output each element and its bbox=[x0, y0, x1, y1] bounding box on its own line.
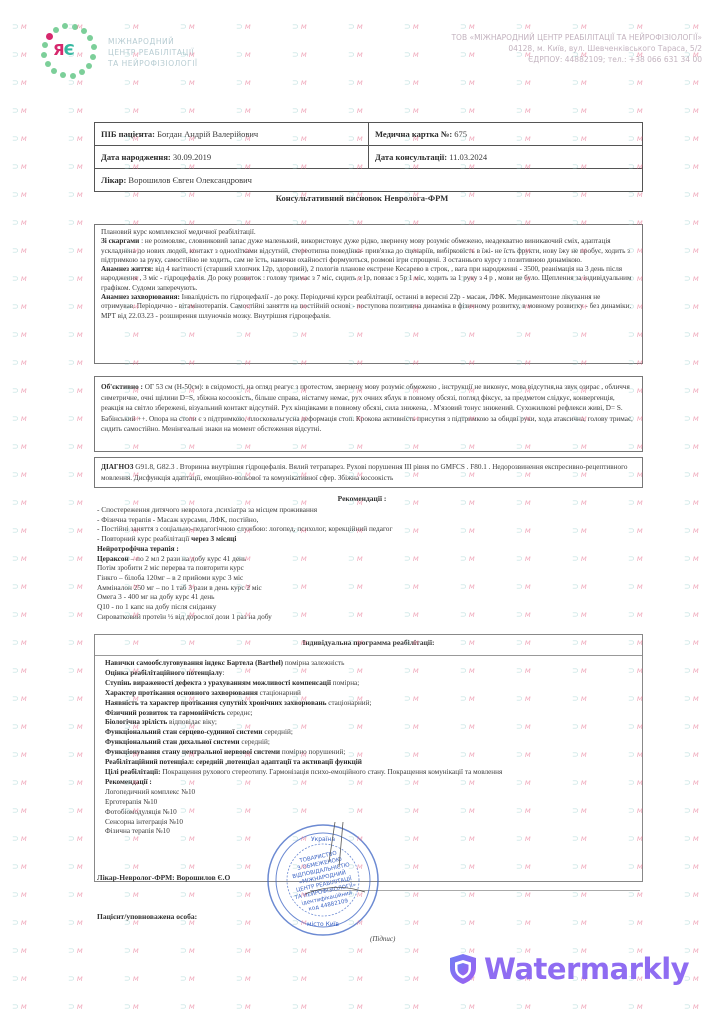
org-name-line: ТА НЕЙРОФІЗІОЛОГІЇ bbox=[108, 58, 198, 69]
program-row: Функціональний стан дихальної системи се… bbox=[105, 738, 632, 748]
org-requisites: ЄДРПОУ: 44882109; тел.: +38 066 631 34 0… bbox=[451, 54, 702, 65]
program-session: Ерготерапія №10 bbox=[105, 798, 632, 808]
therapy-line: Потім зробити 2 міс перерва та повторити… bbox=[97, 563, 392, 573]
watermark-mark: ⊃ᴍ bbox=[124, 890, 139, 899]
disease-anamnesis-label: Анамнез захворювання: bbox=[101, 293, 180, 301]
watermark-mark: ⊃ᴍ bbox=[180, 22, 195, 31]
watermark-mark: ⊃ᴍ bbox=[572, 582, 587, 591]
watermark-mark: ⊃ᴍ bbox=[180, 1002, 195, 1011]
watermark-mark: ⊃ᴍ bbox=[684, 722, 699, 731]
watermark-mark: ⊃ᴍ bbox=[236, 106, 251, 115]
logo-dot bbox=[86, 63, 92, 69]
logo-dot bbox=[51, 68, 57, 74]
org-details: ТОВ «МІЖНАРОДНИЙ ЦЕНТР РЕАБІЛІТАЦІЇ ТА Н… bbox=[451, 32, 702, 65]
watermark-mark: ⊃ᴍ bbox=[572, 78, 587, 87]
logo-dot bbox=[41, 52, 47, 58]
watermark-mark: ⊃ᴍ bbox=[180, 890, 195, 899]
watermark-mark: ⊃ᴍ bbox=[348, 946, 363, 955]
watermark-mark: ⊃ᴍ bbox=[68, 862, 83, 871]
diagnosis-label: ДІАГНОЗ bbox=[101, 463, 133, 471]
watermark-mark: ⊃ᴍ bbox=[684, 582, 699, 591]
watermark-mark: ⊃ᴍ bbox=[684, 778, 699, 787]
watermark-mark: ⊃ᴍ bbox=[460, 106, 475, 115]
watermark-mark: ⊃ᴍ bbox=[404, 918, 419, 927]
watermark-mark: ⊃ᴍ bbox=[684, 890, 699, 899]
program-row-label: Цілі реабілітації: bbox=[105, 768, 161, 776]
watermark-mark: ⊃ᴍ bbox=[516, 582, 531, 591]
watermark-mark: ⊃ᴍ bbox=[12, 918, 27, 927]
complaints: Зі скаргами : не розмовляє, словниковий … bbox=[101, 237, 636, 265]
recommendation-item: - Постійні заняття з соціально-педагогіч… bbox=[97, 524, 392, 534]
program-row: Функціональний стан серцево-судинної сис… bbox=[105, 728, 632, 738]
watermark-mark: ⊃ᴍ bbox=[12, 106, 27, 115]
watermark-mark: ⊃ᴍ bbox=[684, 806, 699, 815]
program-row: Рекомендації : bbox=[105, 778, 632, 788]
program-row-value: стаціонарний; bbox=[326, 699, 371, 707]
program-row-label: Характер протікання основного захворюван… bbox=[105, 689, 258, 697]
watermark-mark: ⊃ᴍ bbox=[684, 666, 699, 675]
program-row-value: середній; bbox=[240, 738, 270, 746]
recommendation-item: - Фізична терапія - Масаж курсами, ЛФК, … bbox=[97, 515, 392, 525]
watermark-mark: ⊃ᴍ bbox=[236, 22, 251, 31]
watermark-mark: ⊃ᴍ bbox=[684, 302, 699, 311]
watermark-mark: ⊃ᴍ bbox=[516, 610, 531, 619]
watermark-mark: ⊃ᴍ bbox=[12, 134, 27, 143]
program-row-label: Фізичний розвиток та гармонійчість bbox=[105, 709, 225, 717]
watermark-mark: ⊃ᴍ bbox=[12, 834, 27, 843]
watermark-mark: ⊃ᴍ bbox=[12, 414, 27, 423]
org-legal-name: ТОВ «МІЖНАРОДНИЙ ЦЕНТР РЕАБІЛІТАЦІЇ ТА Н… bbox=[451, 32, 702, 43]
program-session: Фотобіомодуляція №10 bbox=[105, 808, 632, 818]
logo-dot bbox=[53, 27, 59, 33]
org-address: 04128, м. Київ, вул. Шевченківського Тар… bbox=[451, 43, 702, 54]
watermark-mark: ⊃ᴍ bbox=[236, 50, 251, 59]
watermark-mark: ⊃ᴍ bbox=[68, 106, 83, 115]
watermark-mark: ⊃ᴍ bbox=[684, 526, 699, 535]
watermark-mark: ⊃ᴍ bbox=[68, 386, 83, 395]
program-row-label: Рекомендації : bbox=[105, 778, 152, 786]
watermark-mark: ⊃ᴍ bbox=[68, 638, 83, 647]
watermark-mark: ⊃ᴍ bbox=[12, 22, 27, 31]
program-row-label: Функціональний стан дихальної системи bbox=[105, 738, 240, 746]
watermark-mark: ⊃ᴍ bbox=[684, 470, 699, 479]
watermark-mark: ⊃ᴍ bbox=[12, 890, 27, 899]
watermark-mark: ⊃ᴍ bbox=[12, 722, 27, 731]
watermark-mark: ⊃ᴍ bbox=[460, 22, 475, 31]
watermark-mark: ⊃ᴍ bbox=[68, 778, 83, 787]
life-anamnesis-label: Анамнез життя: bbox=[101, 265, 153, 273]
program-row-label: Реабілітаційний потенціал: середній ,пот… bbox=[105, 758, 362, 766]
watermark-mark: ⊃ᴍ bbox=[684, 106, 699, 115]
consult-date-value: 11.03.2024 bbox=[447, 152, 487, 162]
watermark-mark: ⊃ᴍ bbox=[628, 582, 643, 591]
watermark-mark: ⊃ᴍ bbox=[460, 918, 475, 927]
watermark-mark: ⊃ᴍ bbox=[68, 750, 83, 759]
watermark-mark: ⊃ᴍ bbox=[12, 470, 27, 479]
program-session: Логопедичний комплекс №10 bbox=[105, 788, 632, 798]
watermark-mark: ⊃ᴍ bbox=[68, 526, 83, 535]
org-name-line: ЦЕНТР РЕАБІЛІТАЦІЇ bbox=[108, 47, 198, 58]
logo-dot bbox=[42, 42, 48, 48]
watermark-mark: ⊃ᴍ bbox=[404, 22, 419, 31]
watermark-mark: ⊃ᴍ bbox=[68, 694, 83, 703]
program-row: Ступінь вираженості дефекта з урахування… bbox=[105, 679, 632, 689]
program-row-value: відповідає віку; bbox=[167, 718, 217, 726]
watermark-mark: ⊃ᴍ bbox=[628, 78, 643, 87]
watermark-mark: ⊃ᴍ bbox=[628, 610, 643, 619]
watermark-mark: ⊃ᴍ bbox=[628, 22, 643, 31]
logo-dot bbox=[60, 72, 66, 78]
watermark-mark: ⊃ᴍ bbox=[68, 666, 83, 675]
watermark-mark: ⊃ᴍ bbox=[516, 554, 531, 563]
watermark-mark: ⊃ᴍ bbox=[12, 330, 27, 339]
program-row: Реабілітаційний потенціал: середній ,пот… bbox=[105, 758, 632, 768]
watermark-mark: ⊃ᴍ bbox=[404, 890, 419, 899]
therapy-line: Сироватковий протеїн ½ від дорослої дози… bbox=[97, 612, 392, 622]
watermark-mark: ⊃ᴍ bbox=[348, 1002, 363, 1011]
watermark-mark: ⊃ᴍ bbox=[684, 554, 699, 563]
watermark-mark: ⊃ᴍ bbox=[684, 638, 699, 647]
patient-name-value: Богдан Андрій Валерійович bbox=[155, 129, 258, 139]
watermark-mark: ⊃ᴍ bbox=[12, 862, 27, 871]
program-row-label: Оцінка реабілітаційного потенціалу bbox=[105, 669, 222, 677]
therapy-line: Q10 - по 1 капс на добу після сніданку bbox=[97, 602, 392, 612]
watermark-mark: ⊃ᴍ bbox=[572, 526, 587, 535]
watermark-mark: ⊃ᴍ bbox=[180, 106, 195, 115]
watermark-mark: ⊃ᴍ bbox=[516, 106, 531, 115]
watermark-mark: ⊃ᴍ bbox=[12, 358, 27, 367]
clinic-logo: ЯЄ bbox=[40, 22, 98, 80]
watermark-mark: ⊃ᴍ bbox=[684, 78, 699, 87]
watermark-mark: ⊃ᴍ bbox=[572, 554, 587, 563]
drug-dosage: – по 2 мл 2 рази на добу курс 41 день bbox=[129, 554, 247, 563]
watermark-mark: ⊃ᴍ bbox=[628, 106, 643, 115]
repeat-course-interval: через 3 місяці bbox=[191, 534, 236, 543]
watermark-mark: ⊃ᴍ bbox=[68, 274, 83, 283]
watermark-mark: ⊃ᴍ bbox=[12, 610, 27, 619]
watermark-mark: ⊃ᴍ bbox=[236, 974, 251, 983]
watermark-mark: ⊃ᴍ bbox=[68, 358, 83, 367]
watermark-mark: ⊃ᴍ bbox=[12, 666, 27, 675]
history-section: Плановий курс комплексної медичної реабі… bbox=[94, 224, 643, 364]
watermark-mark: ⊃ᴍ bbox=[124, 106, 139, 115]
program-row: Оцінка реабілітаційного потенціалу: bbox=[105, 669, 632, 679]
card-number-value: 675 bbox=[452, 129, 467, 139]
watermark-mark: ⊃ᴍ bbox=[68, 582, 83, 591]
logo-dot bbox=[91, 44, 97, 50]
watermark-mark: ⊃ᴍ bbox=[684, 834, 699, 843]
watermark-mark: ⊃ᴍ bbox=[348, 106, 363, 115]
watermark-mark: ⊃ᴍ bbox=[684, 274, 699, 283]
program-row-value: Покращення рухового стереотипу. Гармоніз… bbox=[161, 768, 503, 776]
watermark-mark: ⊃ᴍ bbox=[12, 162, 27, 171]
watermark-mark: ⊃ᴍ bbox=[68, 134, 83, 143]
history-intro: Плановий курс комплексної медичної реабі… bbox=[101, 228, 636, 237]
watermark-mark: ⊃ᴍ bbox=[516, 918, 531, 927]
objective-label: Об'єктивно : bbox=[101, 383, 143, 391]
mri-result: МРТ від 22.03.23 - розширення шлуночків … bbox=[101, 312, 636, 321]
watermark-mark: ⊃ᴍ bbox=[684, 330, 699, 339]
watermark-mark: ⊃ᴍ bbox=[68, 330, 83, 339]
watermark-mark: ⊃ᴍ bbox=[12, 302, 27, 311]
watermark-mark: ⊃ᴍ bbox=[628, 890, 643, 899]
watermark-mark: ⊃ᴍ bbox=[460, 554, 475, 563]
watermark-mark: ⊃ᴍ bbox=[12, 554, 27, 563]
watermark-mark: ⊃ᴍ bbox=[68, 442, 83, 451]
logo-letters: ЯЄ bbox=[53, 41, 74, 59]
watermark-mark: ⊃ᴍ bbox=[124, 1002, 139, 1011]
watermarkly-brand: Watermarkly bbox=[448, 952, 689, 986]
watermark-mark: ⊃ᴍ bbox=[68, 918, 83, 927]
logo-dot bbox=[90, 54, 96, 60]
watermark-mark: ⊃ᴍ bbox=[460, 890, 475, 899]
therapy-line: Амміналон 250 мг – по 1 таб 3 рази в ден… bbox=[97, 583, 392, 593]
watermark-mark: ⊃ᴍ bbox=[12, 638, 27, 647]
watermark-mark: ⊃ᴍ bbox=[684, 414, 699, 423]
program-row-value: середнє; bbox=[225, 709, 253, 717]
doctor-value: Ворошилов Євген Олександрович bbox=[126, 175, 252, 185]
card-number-label: Медична картка №: bbox=[375, 129, 452, 139]
watermark-mark: ⊃ᴍ bbox=[404, 946, 419, 955]
document-title: Консультативний висновок Невролога-ФРМ bbox=[0, 193, 724, 203]
program-row: Навички самообслуговування індекс Бартел… bbox=[105, 659, 632, 669]
drug-name: Цераксон bbox=[97, 554, 129, 563]
therapy-line: Омега 3 - 400 мг на добу курс 41 день bbox=[97, 592, 392, 602]
logo-dot bbox=[46, 33, 53, 40]
watermark-mark: ⊃ᴍ bbox=[292, 106, 307, 115]
program-row: Функціонування стану центральної нервово… bbox=[105, 748, 632, 758]
program-row-value: стаціонарний bbox=[258, 689, 301, 697]
watermark-mark: ⊃ᴍ bbox=[684, 750, 699, 759]
watermark-mark: ⊃ᴍ bbox=[628, 1002, 643, 1011]
watermark-mark: ⊃ᴍ bbox=[12, 694, 27, 703]
watermark-mark: ⊃ᴍ bbox=[236, 946, 251, 955]
birth-date-cell: Дата народження: 30.09.2019 bbox=[95, 146, 369, 169]
watermark-mark: ⊃ᴍ bbox=[236, 918, 251, 927]
watermark-mark: ⊃ᴍ bbox=[404, 106, 419, 115]
official-stamp: Україна ТОВАРИСТВОЗ ОБМЕЖЕНОЮВІДПОВІДАЛЬ… bbox=[265, 822, 381, 938]
program-row-label: Функціонування стану центральної нервово… bbox=[105, 748, 280, 756]
watermark-mark: ⊃ᴍ bbox=[12, 386, 27, 395]
watermark-mark: ⊃ᴍ bbox=[348, 22, 363, 31]
shield-icon bbox=[448, 953, 478, 985]
watermark-mark: ⊃ᴍ bbox=[12, 246, 27, 255]
birth-date-value: 30.09.2019 bbox=[171, 152, 211, 162]
watermark-mark: ⊃ᴍ bbox=[124, 974, 139, 983]
watermark-mark: ⊃ᴍ bbox=[684, 918, 699, 927]
rehab-program-title: Індивідуальна программа реабілітації: bbox=[95, 635, 642, 656]
consult-date-cell: Дата консультації: 11.03.2024 bbox=[369, 146, 643, 169]
logo-letter-ye: Є bbox=[64, 41, 74, 59]
watermark-mark: ⊃ᴍ bbox=[68, 890, 83, 899]
watermark-mark: ⊃ᴍ bbox=[68, 246, 83, 255]
watermark-mark: ⊃ᴍ bbox=[516, 78, 531, 87]
watermark-mark: ⊃ᴍ bbox=[460, 582, 475, 591]
watermark-mark: ⊃ᴍ bbox=[684, 442, 699, 451]
logo-dot bbox=[81, 28, 87, 34]
watermark-mark: ⊃ᴍ bbox=[68, 610, 83, 619]
watermark-mark: ⊃ᴍ bbox=[12, 526, 27, 535]
org-name: МІЖНАРОДНИЙ ЦЕНТР РЕАБІЛІТАЦІЇ ТА НЕЙРОФ… bbox=[108, 36, 198, 69]
watermark-mark: ⊃ᴍ bbox=[404, 974, 419, 983]
repeat-course-text: - Повторний курс реабілітації bbox=[97, 534, 191, 543]
watermark-mark: ⊃ᴍ bbox=[68, 554, 83, 563]
recommendation-item: - Спостереження дитячого невролога ,псих… bbox=[97, 505, 392, 515]
program-row-value: середній; bbox=[263, 728, 293, 736]
watermark-mark: ⊃ᴍ bbox=[292, 22, 307, 31]
disease-anamnesis: Анамнез захворювання: Інвалідність по гі… bbox=[101, 293, 636, 312]
logo-dot bbox=[87, 35, 93, 41]
watermark-mark: ⊃ᴍ bbox=[12, 750, 27, 759]
watermark-mark: ⊃ᴍ bbox=[68, 414, 83, 423]
logo-dot bbox=[70, 73, 76, 79]
diagnosis-section: ДІАГНОЗ G91.8, G82.3 . Вторинна внутрішн… bbox=[94, 457, 643, 488]
watermark-mark: ⊃ᴍ bbox=[684, 218, 699, 227]
watermark-mark: ⊃ᴍ bbox=[68, 218, 83, 227]
watermark-mark: ⊃ᴍ bbox=[12, 974, 27, 983]
watermark-mark: ⊃ᴍ bbox=[124, 946, 139, 955]
watermark-mark: ⊃ᴍ bbox=[628, 554, 643, 563]
objective-text: ОГ 53 см (Н-50см): в свідомості, на огля… bbox=[101, 383, 633, 433]
rehab-program-body: Навички самообслуговування індекс Бартел… bbox=[95, 656, 642, 840]
watermark-mark: ⊃ᴍ bbox=[684, 862, 699, 871]
watermark-mark: ⊃ᴍ bbox=[684, 162, 699, 171]
watermark-mark: ⊃ᴍ bbox=[684, 386, 699, 395]
logo-letter-ya: Я bbox=[53, 41, 64, 59]
watermark-mark: ⊃ᴍ bbox=[180, 946, 195, 955]
watermark-mark: ⊃ᴍ bbox=[404, 582, 419, 591]
watermark-mark: ⊃ᴍ bbox=[68, 722, 83, 731]
objective-section: Об'єктивно : ОГ 53 см (Н-50см): в свідом… bbox=[94, 376, 643, 452]
recommendations-title: Рекомендації : bbox=[0, 494, 724, 503]
program-row-label: Навички самообслуговування індекс Бартел… bbox=[105, 659, 283, 667]
complaints-label: Зі скаргами bbox=[101, 237, 139, 245]
watermark-mark: ⊃ᴍ bbox=[684, 1002, 699, 1011]
watermark-mark: ⊃ᴍ bbox=[684, 358, 699, 367]
card-number-cell: Медична картка №: 675 bbox=[369, 123, 643, 146]
therapy-line: Цераксон – по 2 мл 2 рази на добу курс 4… bbox=[97, 554, 392, 564]
watermark-mark: ⊃ᴍ bbox=[348, 974, 363, 983]
watermark-mark: ⊃ᴍ bbox=[68, 302, 83, 311]
watermark-mark: ⊃ᴍ bbox=[68, 806, 83, 815]
watermark-mark: ⊃ᴍ bbox=[404, 610, 419, 619]
watermark-mark: ⊃ᴍ bbox=[12, 1002, 27, 1011]
watermark-mark: ⊃ᴍ bbox=[404, 554, 419, 563]
watermark-mark: ⊃ᴍ bbox=[684, 246, 699, 255]
patient-info-table: ПІБ пацієнта: Богдан Андрій Валерійович … bbox=[94, 122, 643, 192]
watermark-mark: ⊃ᴍ bbox=[460, 78, 475, 87]
watermark-mark: ⊃ᴍ bbox=[516, 526, 531, 535]
watermark-mark: ⊃ᴍ bbox=[404, 526, 419, 535]
watermark-mark: ⊃ᴍ bbox=[12, 946, 27, 955]
watermark-mark: ⊃ᴍ bbox=[124, 22, 139, 31]
watermark-mark: ⊃ᴍ bbox=[348, 78, 363, 87]
watermark-mark: ⊃ᴍ bbox=[68, 470, 83, 479]
life-anamnesis-text: від 4 вагітності (старший хлопчик 12р, з… bbox=[101, 265, 632, 292]
watermark-mark: ⊃ᴍ bbox=[292, 78, 307, 87]
program-row-value: помірна; bbox=[331, 679, 359, 687]
watermark-mark: ⊃ᴍ bbox=[684, 22, 699, 31]
doctor-signature: Лікар-Невролог-ФРМ: Ворошилов Є.О bbox=[97, 873, 230, 882]
watermark-mark: ⊃ᴍ bbox=[572, 106, 587, 115]
watermark-mark: ⊃ᴍ bbox=[12, 442, 27, 451]
program-row-value: : bbox=[222, 669, 224, 677]
patient-name-cell: ПІБ пацієнта: Богдан Андрій Валерійович bbox=[95, 123, 369, 146]
watermark-mark: ⊃ᴍ bbox=[12, 274, 27, 283]
program-row: Наявність та характер протікання супутні… bbox=[105, 699, 632, 709]
therapy-line: Гінкго – білоба 120мг – в 2 прийоми курс… bbox=[97, 573, 392, 583]
watermark-mark: ⊃ᴍ bbox=[684, 134, 699, 143]
watermark-mark: ⊃ᴍ bbox=[236, 890, 251, 899]
watermark-mark: ⊃ᴍ bbox=[12, 50, 27, 59]
program-row-label: Функціональний стан серцево-судинної сис… bbox=[105, 728, 263, 736]
life-anamnesis: Анамнез життя: від 4 вагітності (старший… bbox=[101, 265, 636, 293]
patient-signature: Пацієнт/уповноважена особа: bbox=[97, 912, 197, 921]
program-row: Фізичний розвиток та гармонійчість серед… bbox=[105, 709, 632, 719]
logo-dot bbox=[79, 69, 85, 75]
program-row-label: Ступінь вираженості дефекта з урахування… bbox=[105, 679, 331, 687]
watermark-mark: ⊃ᴍ bbox=[572, 22, 587, 31]
watermark-mark: ⊃ᴍ bbox=[292, 974, 307, 983]
watermark-mark: ⊃ᴍ bbox=[460, 526, 475, 535]
watermark-mark: ⊃ᴍ bbox=[404, 78, 419, 87]
watermark-mark: ⊃ᴍ bbox=[404, 50, 419, 59]
consult-date-label: Дата консультації: bbox=[375, 152, 447, 162]
watermark-mark: ⊃ᴍ bbox=[292, 1002, 307, 1011]
recommendation-item: - Повторний курс реабілітації через 3 мі… bbox=[97, 534, 392, 544]
watermark-mark: ⊃ᴍ bbox=[236, 1002, 251, 1011]
program-row-value: помірно порушений; bbox=[280, 748, 345, 756]
program-row: Біологічна зрілість відповідає віку; bbox=[105, 718, 632, 728]
doctor-cell: Лікар: Ворошилов Євген Олександрович bbox=[95, 169, 643, 192]
watermark-mark: ⊃ᴍ bbox=[68, 974, 83, 983]
watermark-mark: ⊃ᴍ bbox=[68, 946, 83, 955]
watermark-mark: ⊃ᴍ bbox=[572, 610, 587, 619]
watermark-mark: ⊃ᴍ bbox=[684, 610, 699, 619]
watermark-mark: ⊃ᴍ bbox=[180, 974, 195, 983]
recommendations-list: - Спостереження дитячого невролога ,псих… bbox=[97, 505, 392, 621]
logo-dot bbox=[45, 61, 51, 67]
watermark-mark: ⊃ᴍ bbox=[460, 610, 475, 619]
disease-anamnesis-text: Інвалідність по гідроцефалії - до року. … bbox=[101, 293, 631, 310]
svg-text:місто Київ: місто Київ bbox=[307, 921, 339, 928]
program-row-label: Наявність та характер протікання супутні… bbox=[105, 699, 326, 707]
watermark-mark: ⊃ᴍ bbox=[68, 1002, 83, 1011]
watermark-mark: ⊃ᴍ bbox=[572, 890, 587, 899]
watermark-mark: ⊃ᴍ bbox=[292, 946, 307, 955]
watermark-mark: ⊃ᴍ bbox=[516, 890, 531, 899]
watermark-mark: ⊃ᴍ bbox=[236, 78, 251, 87]
watermark-mark: ⊃ᴍ bbox=[12, 78, 27, 87]
watermark-mark: ⊃ᴍ bbox=[404, 1002, 419, 1011]
program-row: Цілі реабілітації: Покращення рухового с… bbox=[105, 768, 632, 778]
logo-dot bbox=[72, 24, 78, 30]
watermark-mark: ⊃ᴍ bbox=[628, 526, 643, 535]
watermark-mark: ⊃ᴍ bbox=[12, 218, 27, 227]
watermark-mark: ⊃ᴍ bbox=[68, 834, 83, 843]
birth-date-label: Дата народження: bbox=[101, 152, 171, 162]
logo-dot bbox=[62, 23, 68, 29]
watermark-mark: ⊃ᴍ bbox=[628, 918, 643, 927]
watermark-mark: ⊃ᴍ bbox=[12, 778, 27, 787]
doctor-label: Лікар: bbox=[101, 175, 126, 185]
program-row-label: Біологічна зрілість bbox=[105, 718, 167, 726]
watermark-mark: ⊃ᴍ bbox=[460, 1002, 475, 1011]
diagnosis-text: G91.8, G82.3 . Вторинна внутрішня гідроц… bbox=[101, 463, 627, 482]
watermark-mark: ⊃ᴍ bbox=[180, 78, 195, 87]
watermark-mark: ⊃ᴍ bbox=[572, 918, 587, 927]
watermark-mark: ⊃ᴍ bbox=[68, 162, 83, 171]
